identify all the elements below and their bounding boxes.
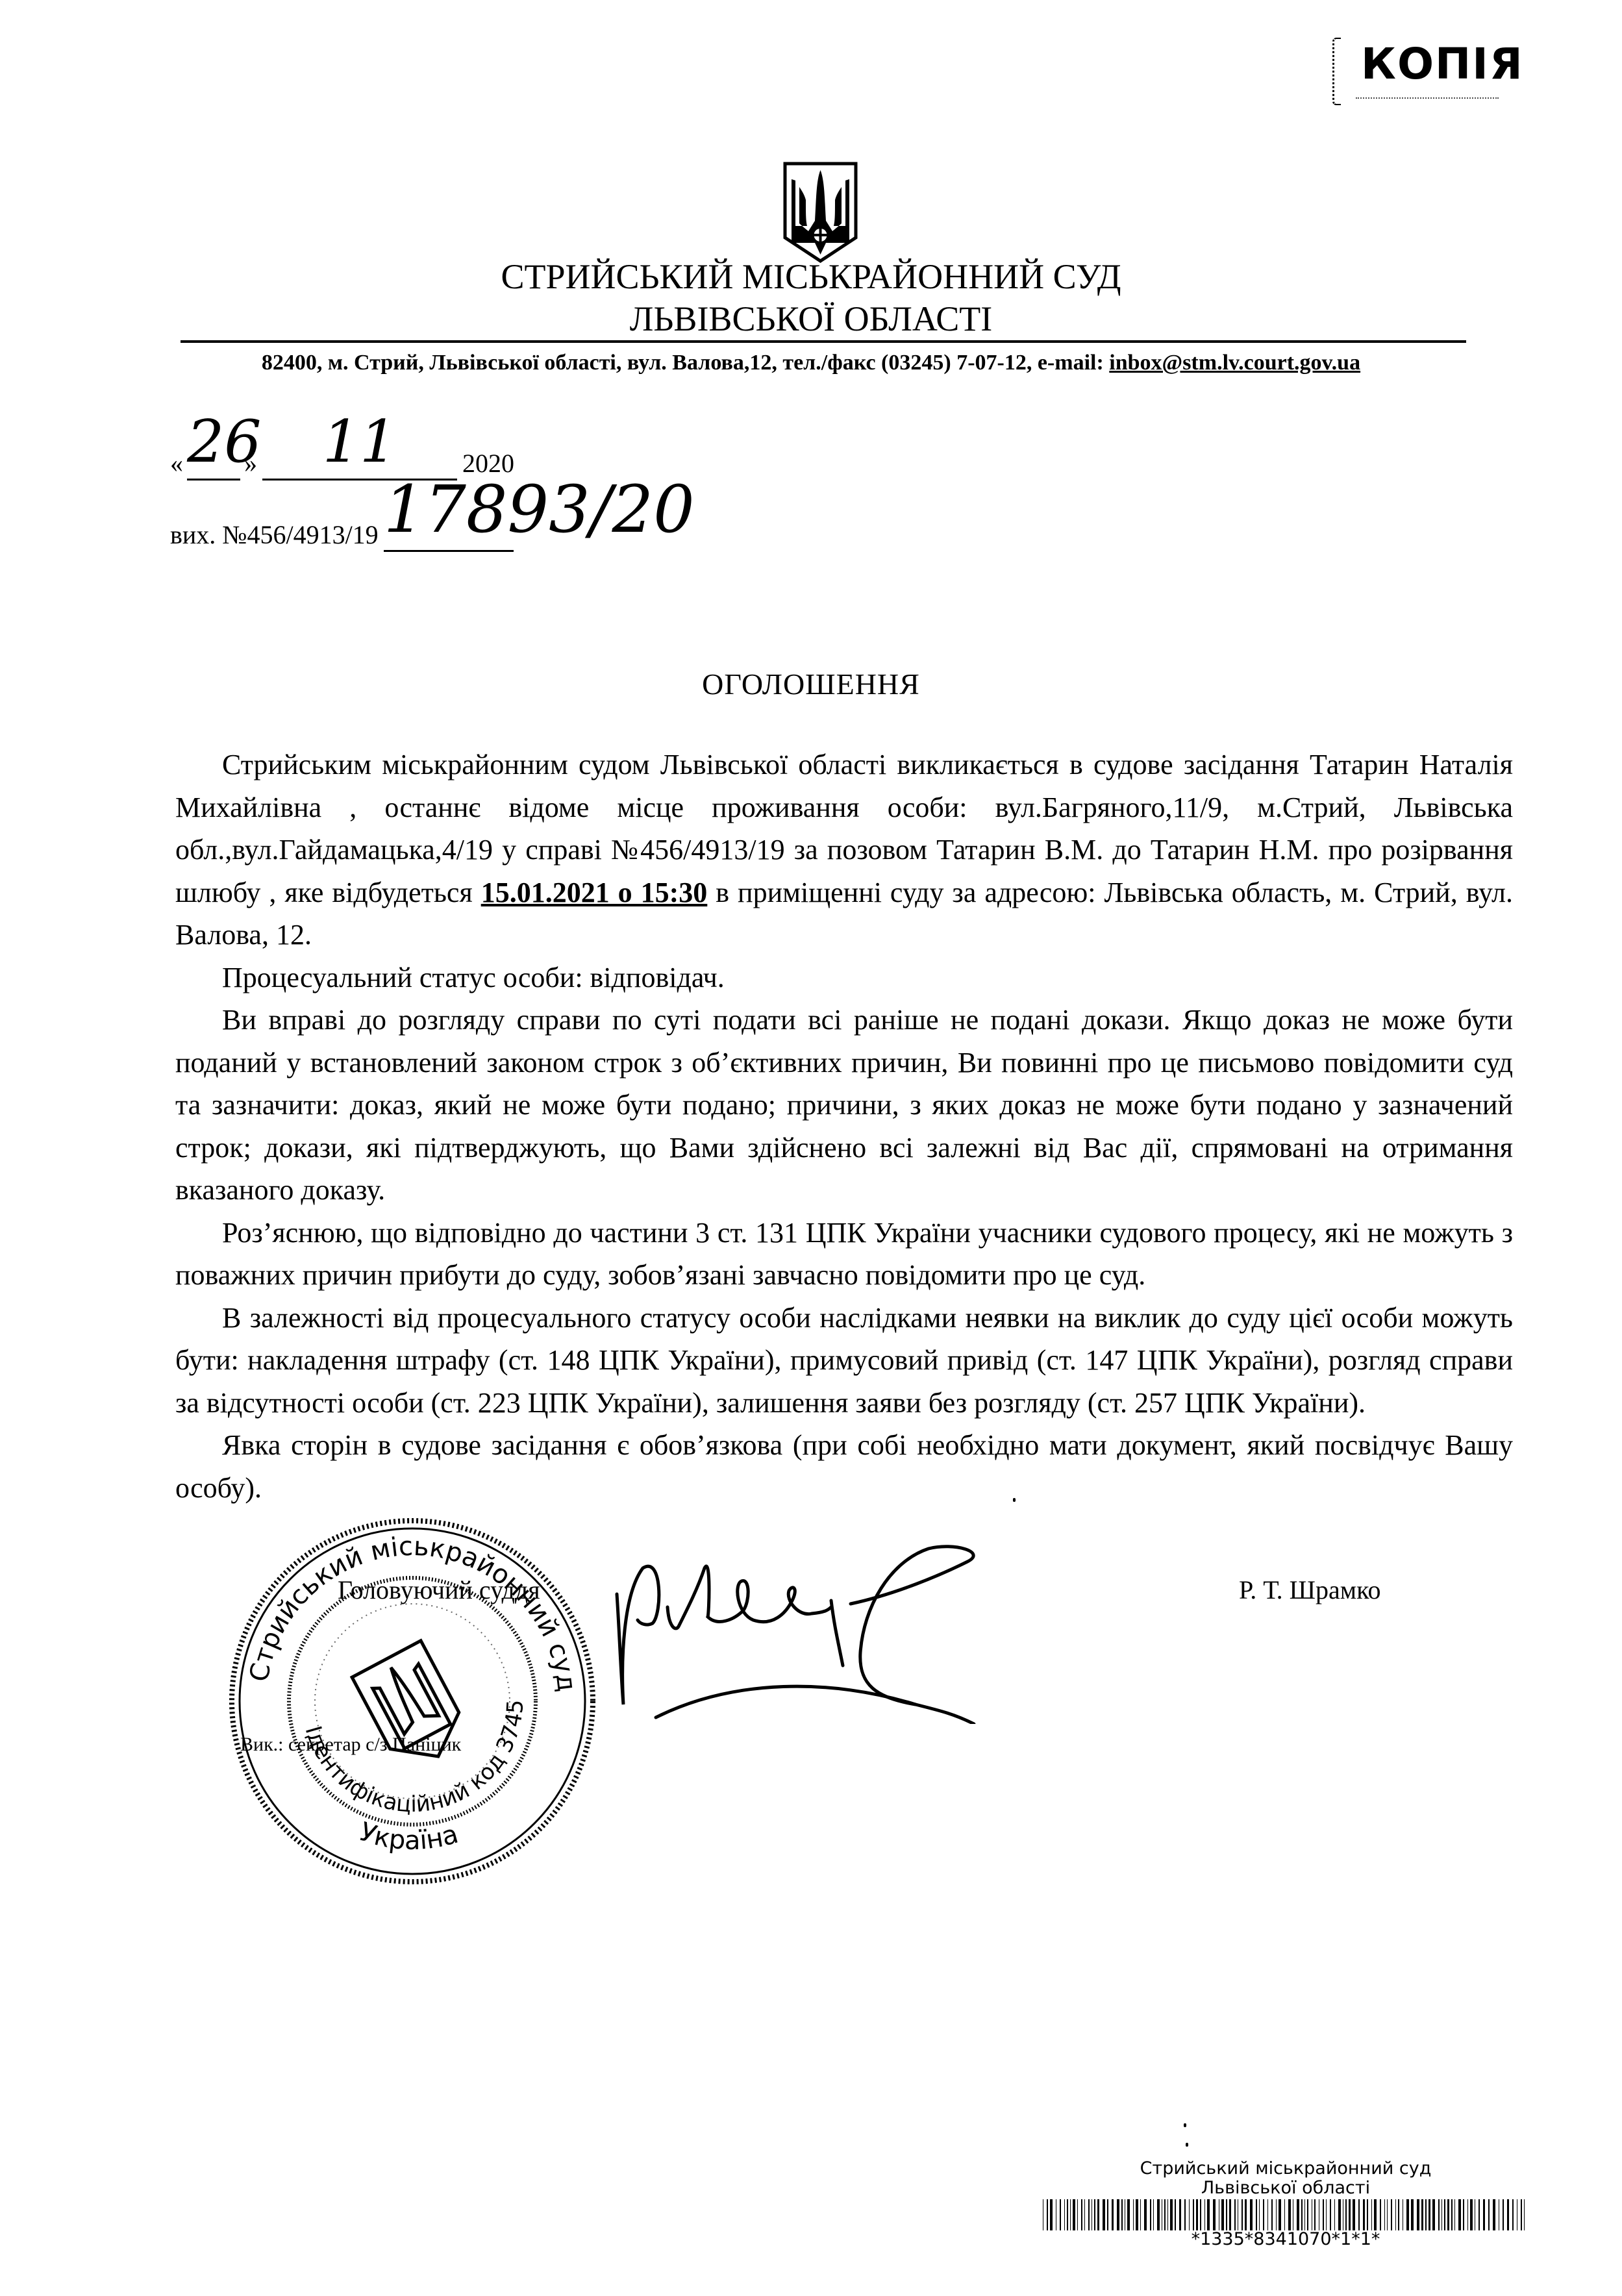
- court-address: 82400, м. Стрий, Львівської області, вул…: [0, 351, 1622, 375]
- date-month-handwritten: 11: [262, 408, 457, 476]
- paragraph-attendance: Явка сторін в судове засідання є обов’яз…: [175, 1424, 1513, 1509]
- hearing-datetime: 15.01.2021 о 15:30: [481, 877, 708, 908]
- scan-speck: [1186, 2143, 1188, 2147]
- barcode-icon: [1043, 2199, 1528, 2230]
- judge-name: Р. Т. Шрамко: [1239, 1575, 1381, 1605]
- scan-speck: [1013, 1498, 1016, 1502]
- outgoing-number: вих. №456/4913/1917893/20: [170, 519, 514, 552]
- court-seal-icon: Стрийський міськрайонний суд Львівської …: [224, 1513, 601, 1890]
- coat-of-arms-trident-icon: [782, 161, 858, 264]
- barcode-number: *1335*8341070*1*1*: [1039, 2230, 1532, 2249]
- address-text: 82400, м. Стрий, Львівської області, вул…: [262, 351, 1109, 375]
- paragraph-explanation: Роз’яснюю, що відповідно до частини 3 ст…: [175, 1212, 1513, 1297]
- notice-title: ОГОЛОШЕННЯ: [0, 667, 1622, 701]
- paragraph-consequences: В залежності від процесуального статусу …: [175, 1297, 1513, 1425]
- notice-body: Стрийським міськрайонним судом Львівсько…: [175, 743, 1513, 1509]
- header-divider: [181, 340, 1466, 343]
- paragraph-evidence: Ви вправі до розгляду справи по суті под…: [175, 999, 1513, 1212]
- paragraph-status: Процесуальний статус особи: відповідач.: [175, 956, 1513, 999]
- copy-stamp-bracket: [1332, 38, 1341, 105]
- seal-bottom-text: Україна: [356, 1817, 462, 1856]
- copy-stamp-microtext: [1356, 97, 1499, 105]
- svg-text:Україна: Україна: [356, 1817, 462, 1856]
- outgoing-prefix: вих. №456/4913/19: [170, 520, 379, 549]
- court-name-line1: СТРИЙСЬКИЙ МІСЬКРАЙОННИЙ СУД: [0, 256, 1622, 297]
- outgoing-handwritten: 17893/20: [384, 471, 695, 547]
- copy-stamp-label: КОПІЯ: [1361, 43, 1524, 86]
- date-open-quote: «: [170, 449, 183, 478]
- court-name-line2: ЛЬВІВСЬКОЇ ОБЛАСТІ: [0, 299, 1622, 339]
- barcode-court-name: Стрийський міськрайонний суд Львівської …: [1039, 2159, 1532, 2198]
- barcode-court-line1: Стрийський міськрайонний суд: [1039, 2159, 1532, 2178]
- date-day-handwritten: 26: [187, 408, 240, 476]
- executor-line: Вик.: секретар с/з Паніцик: [240, 1734, 461, 1756]
- signature-icon: [604, 1529, 1305, 1724]
- barcode-block: Стрийський міськрайонний суд Львівської …: [1039, 2159, 1532, 2249]
- svg-text:Стрийський міськрайонний суд Л: Стрийський міськрайонний суд Львівської …: [224, 1513, 582, 1701]
- judge-role: Головуючий суддя: [338, 1575, 540, 1605]
- barcode-court-line2: Львівської області: [1039, 2178, 1532, 2198]
- seal-outer-text: Стрийський міськрайонний суд Львівської …: [224, 1513, 582, 1701]
- email-link[interactable]: inbox@stm.lv.court.gov.ua: [1109, 351, 1360, 375]
- outgoing-number-field: 17893/20: [384, 519, 514, 552]
- paragraph-summons: Стрийським міськрайонним судом Львівсько…: [175, 743, 1513, 956]
- scan-speck: [1184, 2123, 1186, 2127]
- copy-stamp: КОПІЯ: [1330, 29, 1505, 106]
- date-day-field: 26: [187, 448, 240, 480]
